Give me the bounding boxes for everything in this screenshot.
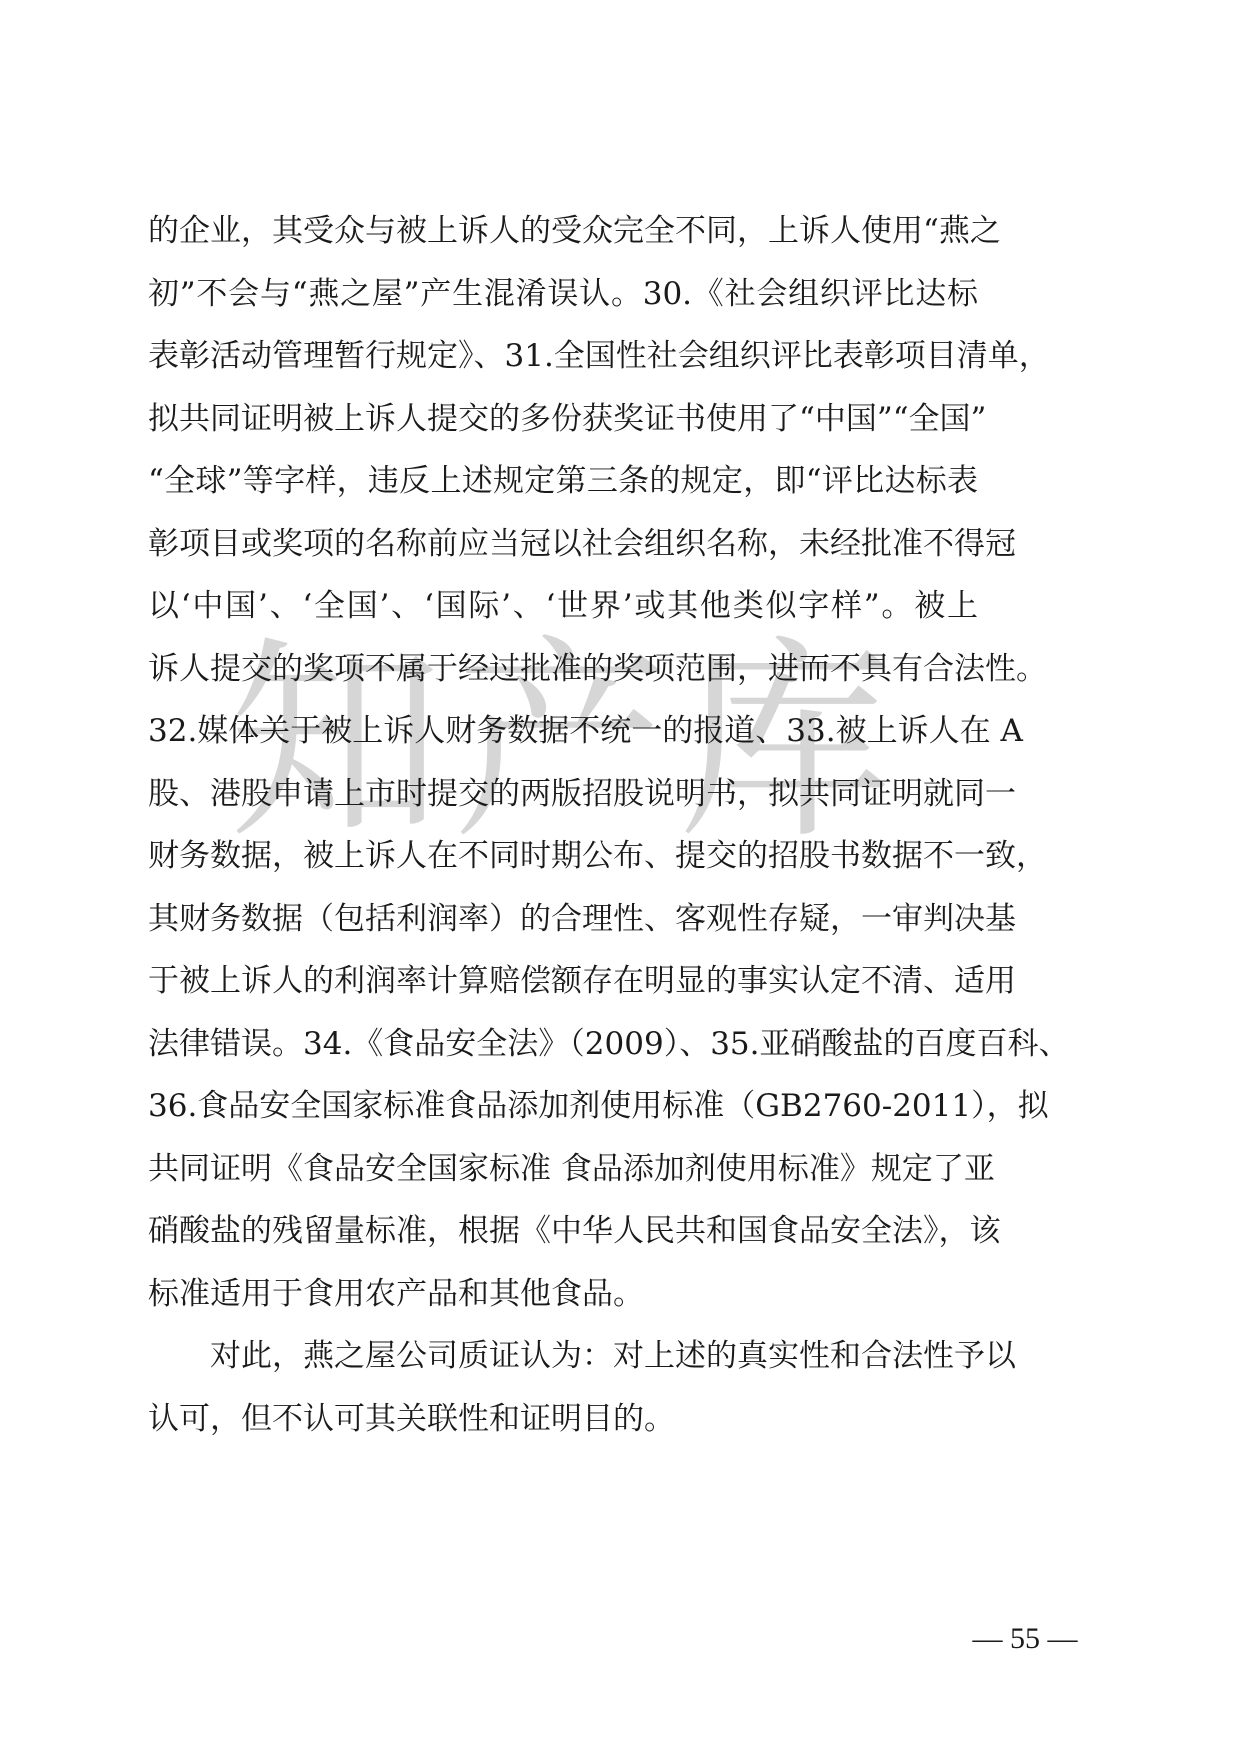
text-line: 表彰活动管理暂行规定》、31.全国性社会组织评比表彰项目清单， bbox=[148, 325, 978, 388]
text-line: 股、港股申请上市时提交的两版招股说明书，拟共同证明就同一 bbox=[148, 763, 978, 826]
text-line: 36.食品安全国家标准食品添加剂使用标准（GB2760-2011），拟 bbox=[148, 1075, 978, 1138]
text-line: 32.媒体关于被上诉人财务数据不统一的报道、33.被上诉人在 A bbox=[148, 700, 978, 763]
text-line: 初”不会与“燕之屋”产生混淆误认。30.《社会组织评比达标 bbox=[148, 263, 978, 326]
document-page: 知产库 的企业，其受众与被上诉人的受众完全不同，上诉人使用“燕之 初”不会与“燕… bbox=[0, 0, 1240, 1753]
text-line: 硝酸盐的残留量标准，根据《中华人民共和国食品安全法》，该 bbox=[148, 1200, 978, 1263]
text-line: 以‘中国’、‘全国’、‘国际’、‘世界’或其他类似字样”。被上 bbox=[148, 575, 978, 638]
text-line: 于被上诉人的利润率计算赔偿额存在明显的事实认定不清、适用 bbox=[148, 950, 978, 1013]
text-line: 的企业，其受众与被上诉人的受众完全不同，上诉人使用“燕之 bbox=[148, 200, 978, 263]
text-line: 其财务数据（包括利润率）的合理性、客观性存疑，一审判决基 bbox=[148, 888, 978, 951]
text-line: 法律错误。34.《食品安全法》（2009）、35.亚硝酸盐的百度百科、 bbox=[148, 1013, 978, 1076]
page-number: — 55 — bbox=[950, 1622, 1100, 1656]
text-line: 财务数据，被上诉人在不同时期公布、提交的招股书数据不一致， bbox=[148, 825, 978, 888]
paragraph-cross-examination: 对此，燕之屋公司质证认为：对上述的真实性和合法性予以 认可，但不认可其关联性和证… bbox=[148, 1325, 978, 1450]
document-body: 的企业，其受众与被上诉人的受众完全不同，上诉人使用“燕之 初”不会与“燕之屋”产… bbox=[148, 200, 978, 1450]
text-line: 诉人提交的奖项不属于经过批准的奖项范围，进而不具有合法性。 bbox=[148, 638, 978, 701]
text-line: 彰项目或奖项的名称前应当冠以社会组织名称，未经批准不得冠 bbox=[148, 513, 978, 576]
paragraph-evidence-list: 的企业，其受众与被上诉人的受众完全不同，上诉人使用“燕之 初”不会与“燕之屋”产… bbox=[148, 200, 978, 1325]
text-line: 标准适用于食用农产品和其他食品。 bbox=[148, 1263, 978, 1326]
text-line: “全球”等字样，违反上述规定第三条的规定，即“评比达标表 bbox=[148, 450, 978, 513]
text-line: 对此，燕之屋公司质证认为：对上述的真实性和合法性予以 bbox=[148, 1325, 978, 1388]
text-line: 认可，但不认可其关联性和证明目的。 bbox=[148, 1388, 978, 1451]
text-line: 拟共同证明被上诉人提交的多份获奖证书使用了“中国”“全国” bbox=[148, 388, 978, 451]
text-line: 共同证明《食品安全国家标准 食品添加剂使用标准》规定了亚 bbox=[148, 1138, 978, 1201]
